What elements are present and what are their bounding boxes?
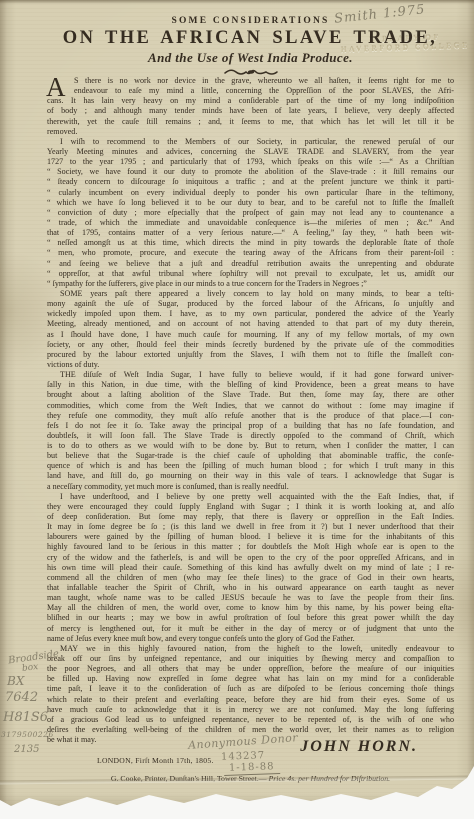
body-text-line: of mercy is lengthened out, for it muſt … [47,624,454,634]
body-text-line: a neceſſary commodity, yet much more is … [47,482,454,492]
body-text-line: “ ſteady concern to diſcourage ſo iniqui… [47,177,454,187]
document-kicker: SOME CONSIDERATIONS [47,16,454,26]
body-text-line: cry of the widow and the fatherleſs, is … [47,553,454,563]
body-text-line: wickedly impoſed upon them. I have, as t… [47,309,454,319]
body-text-line: I have underſtood, and I believe by one … [47,492,454,502]
scanned-broadside-photo: LIBRARY OF HAVERFORD COLLEGE Smith 1:975… [0,0,474,819]
body-text-line: It may in ſome degree be ſo ; (is this l… [47,522,454,532]
body-text-line: “ and ſeeing we believe that a juſt and … [47,259,454,269]
body-text-line: “ which we have ſo long believed it to b… [47,198,454,208]
body-text-line: “ trade, of which the immediate and unav… [47,218,454,228]
body-text-line: they refuſe one commodity, they muſt alſ… [47,411,454,421]
document-title: ON THE AFRICAN SLAVE TRADE, [40,28,460,49]
body-text-line: “ ſympathy for the ſufferers, give place… [47,279,454,289]
body-text-line: SOME years paſt there appeared a lively … [47,289,454,299]
margin-note-shelfmark-number: 7642 [5,690,38,705]
author-signature: JOHN HORN. [298,738,418,756]
body-text-line: ſociety, or any other, ſhould feel their… [47,340,454,350]
dateline: LONDON, Firſt Month 17th, 1805. [97,756,214,765]
body-text-line: labourers were gained by the ſpilling of… [47,532,454,542]
body-text-line: commend all the children of men (who may… [47,573,454,583]
body-text-line: which relate to their preſent and everla… [47,695,454,705]
body-text-line: MAY we in this highly favoured nation, f… [47,644,454,654]
margin-note-cutter: H81S6 [3,710,48,725]
margin-note-barcode-number: 3179500226 [1,730,54,739]
body-text-line: that of 1795, contains matter of a very … [47,228,454,238]
body-text-line: Yearly Meeting minutes and advices, conc… [47,147,454,157]
body-lines: S there is no work nor device in the gra… [47,76,454,745]
body-text-line: land have, and ſtill do, go mourning on … [47,471,454,481]
donor-date: 1-18-88 [224,761,280,776]
body-text-line: but believe that the Sugar-trade is the … [47,451,454,461]
body-text-line: feſs I do not ſee it ſo. Take away the p… [47,421,454,431]
body-text-line: man taught, whoſe name was to be called … [47,593,454,603]
body-text-line: be filled up. Having now expreſſed in ſo… [47,674,454,684]
body-text-line: procured by the labour extorted unjuſtly… [47,350,454,360]
body-text-line: that infallable teacher the Spirit of Ch… [47,583,454,593]
body-text-line: break off our ſins by unfeigned repentan… [47,654,454,664]
body-text-line: endeavour to eaſe my mind a little, conc… [47,86,454,96]
body-text-line: the poor Negroes, and all others that ma… [47,664,454,674]
body-text-line: Meeting, already mentioned, and on accou… [47,319,454,329]
body-text-line: victions of duty. [47,360,454,370]
body-text-line: have much cauſe to acknowledge that it i… [47,705,454,715]
body-text-line: “ men, who promote, procure, and execute… [47,248,454,258]
body-text-line: THE diſuſe of Weſt India Sugar, I have f… [47,370,454,380]
body-text-line: “ oppreſſor, at that awful tribunal wher… [47,269,454,279]
body-text-line: of deep conſideration. But ſome may repl… [47,512,454,522]
body-text-line: ſally in this Nation, in due time, with … [47,380,454,390]
body-text-line: of body ; and although many tender minds… [47,106,454,116]
margin-note-box: box [22,662,39,674]
body-text-line: mony againſt the uſe of Sugar, produced … [47,299,454,309]
body-text-line: quence of which is and has been the ſpil… [47,461,454,471]
body-text-line: time paſt, I leave it to the conſiderati… [47,684,454,694]
body-text-line: is to do to others as we would wiſh to b… [47,441,454,451]
body-text-line: “ Society, we have found it our duty to … [47,167,454,177]
body-text-line: of a gracious God lead us to unfeigned r… [47,715,454,725]
body-text-line: they were encouraged they could ſupply E… [47,502,454,512]
body-text-line: “ cularly incumbent on every individual … [47,188,454,198]
body-text-line: commodities, which come from the Weſt In… [47,401,454,411]
body-text-line: cans. It has lain very heavy on my mind … [47,96,454,106]
margin-note-accession: 2135 [14,744,39,755]
paper-sheet: LIBRARY OF HAVERFORD COLLEGE Smith 1:975… [0,0,474,819]
body-text-line: I wiſh to recommend to the Members of ou… [47,137,454,147]
body-text-line: doubtleſs, it will ſoon fall. The Slave … [47,431,454,441]
body-text-line: as I ſhould have done, I have much cauſe… [47,330,454,340]
body-text-line: “ conviction of duty ; more eſpecially t… [47,208,454,218]
body-text-line: therewith, yet the cauſe ſtill remains ;… [47,117,454,127]
body-text-line: highly favoured land to be ſerious in th… [47,542,454,552]
body-text-line: name of Jeſus every knee muſt bow, and e… [47,634,454,644]
body-text-line: 1727 to the year 1795 ; and particularly… [47,157,454,167]
body-text-line: S there is no work nor device in the gra… [47,76,454,86]
body-text-line: his own time will plead their cauſe. Som… [47,563,454,573]
margin-note-shelfmark-bx: BX [7,674,24,688]
body-text-line: May all the children of men, the world o… [47,603,454,613]
body-text-line: removed. [47,127,454,137]
body-text-line: bliſhed in our hearts ; may we bow in aw… [47,613,454,623]
body-text-line: “ neſſed amongſt us at this time, which … [47,238,454,248]
body-text-line: brought about a laſting abolition of the… [47,390,454,400]
